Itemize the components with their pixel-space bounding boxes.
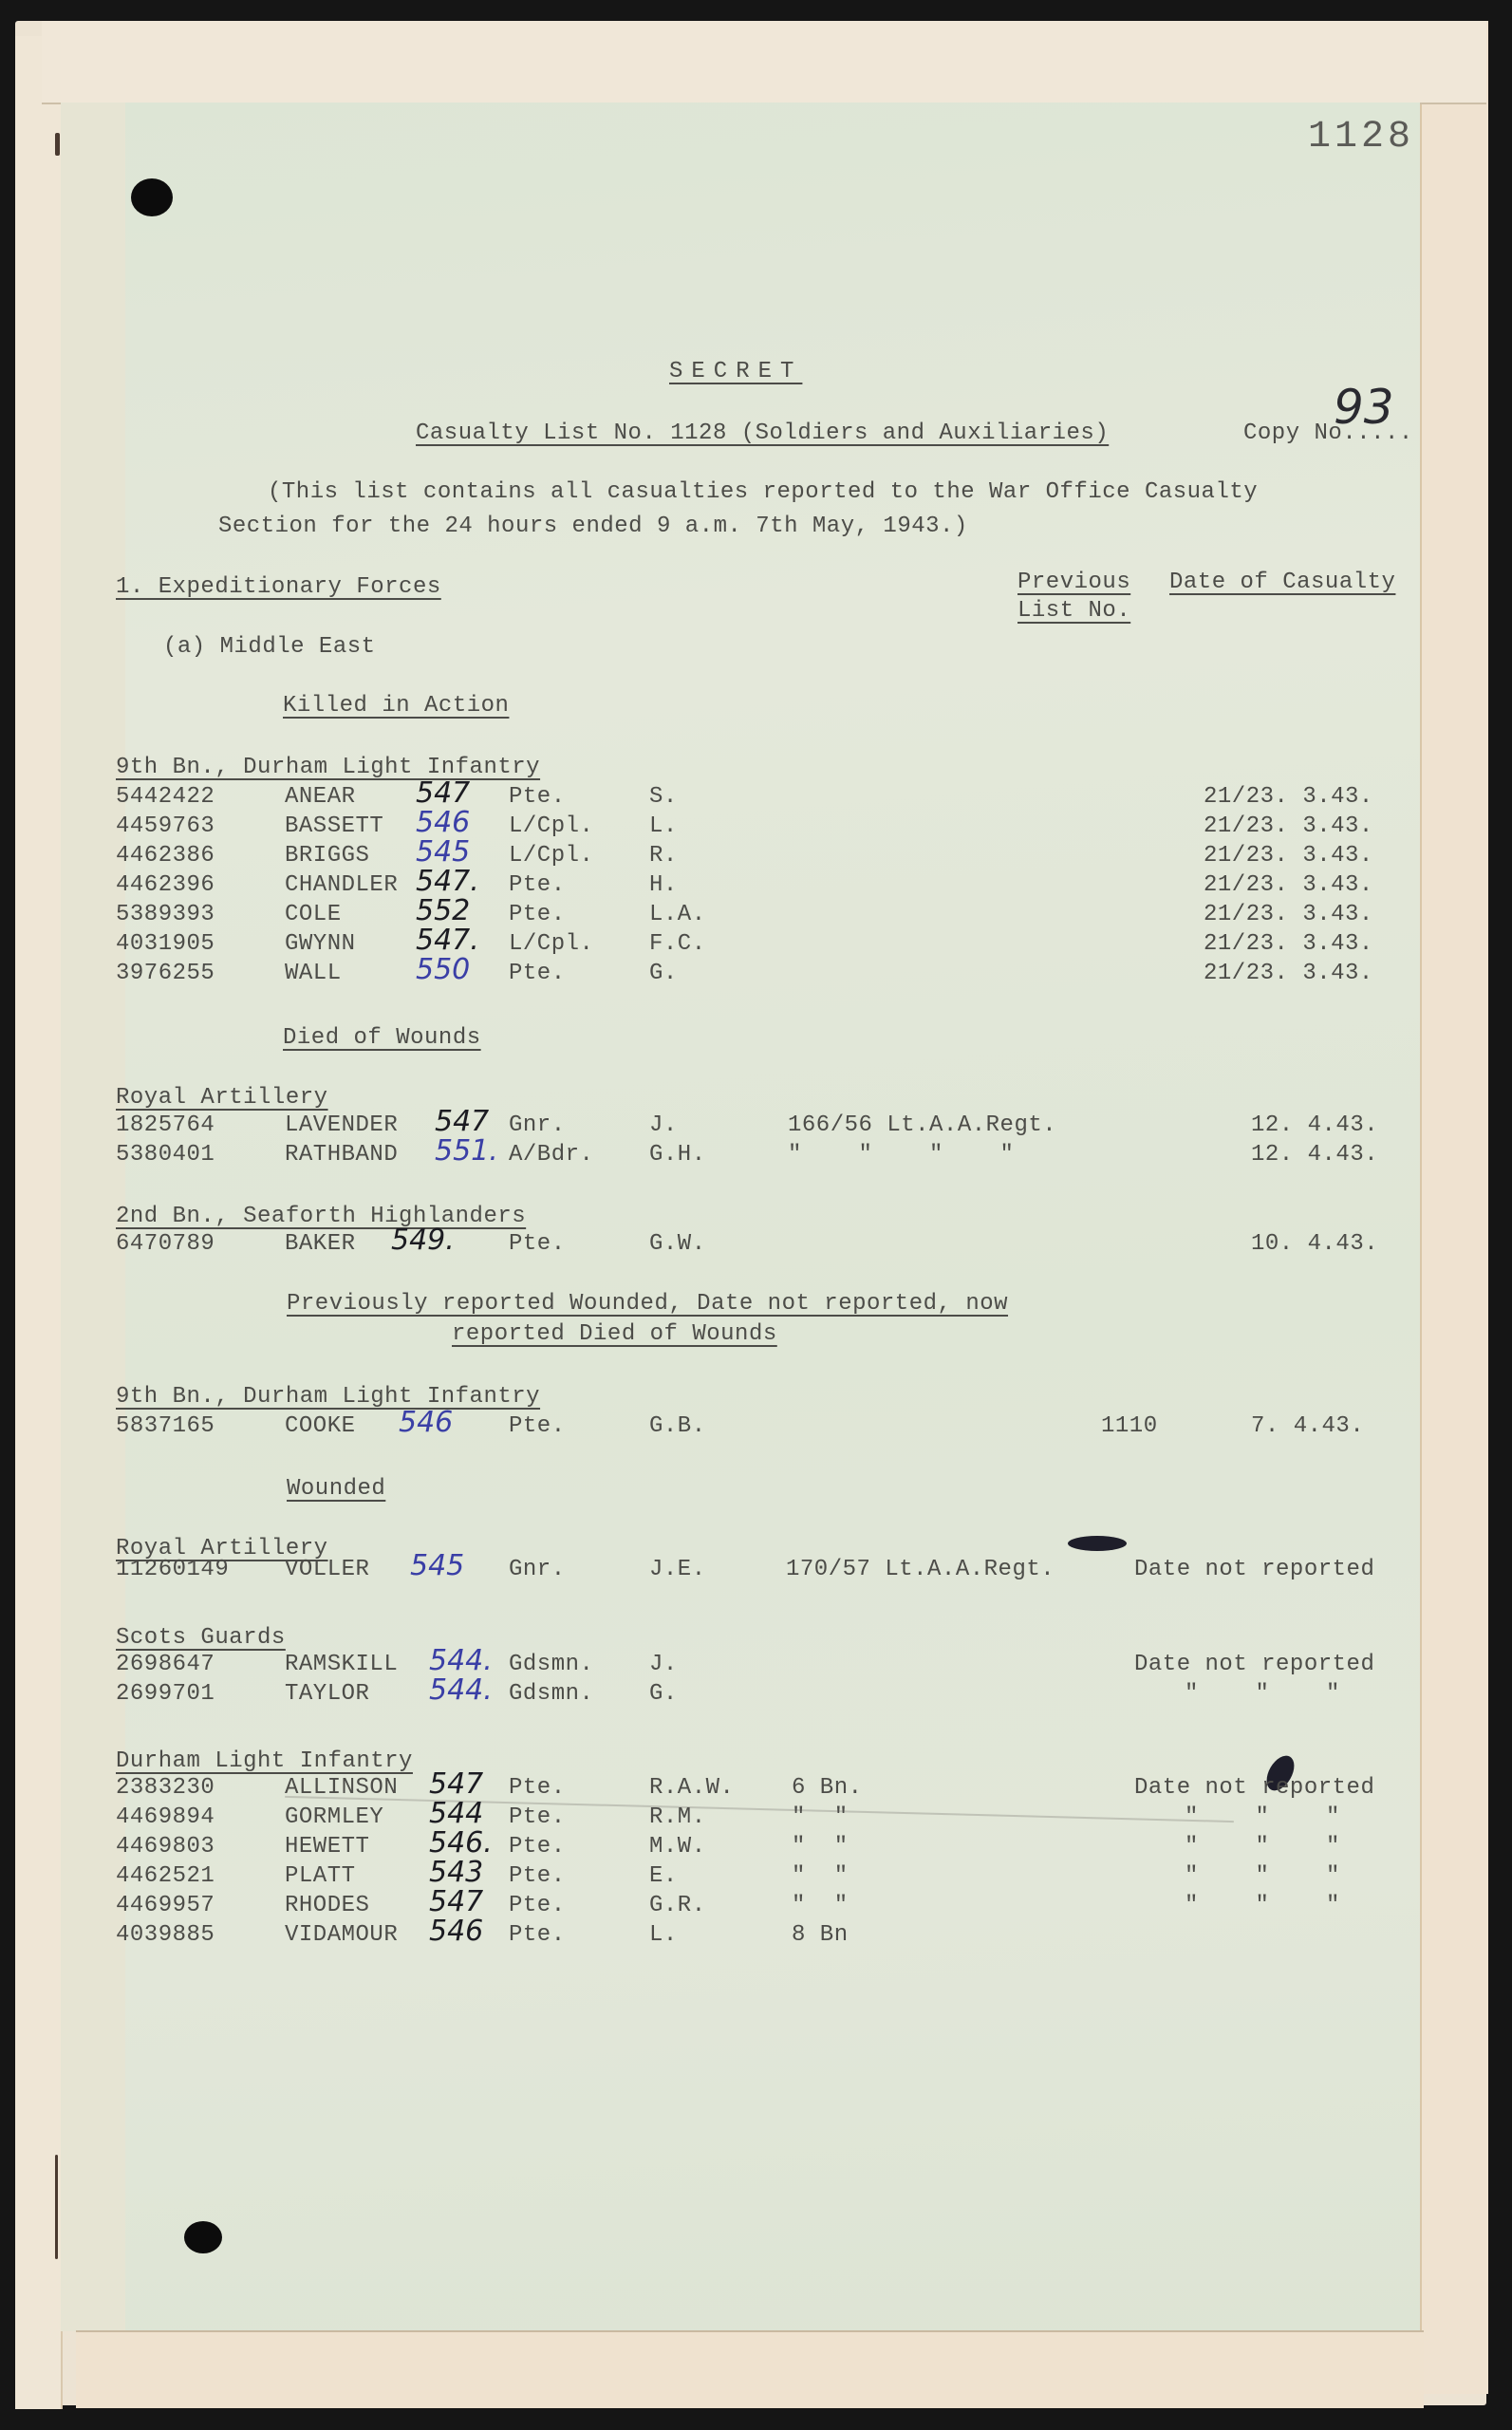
rank: A/Bdr. bbox=[509, 1142, 593, 1168]
rank: Pte. bbox=[509, 1893, 566, 1918]
dow-heading: Died of Wounds bbox=[283, 1025, 481, 1051]
surname: ANEAR bbox=[285, 784, 356, 810]
handwritten-annotation: 546. bbox=[429, 1826, 493, 1860]
handwritten-annotation: 547. bbox=[416, 865, 479, 898]
initials: R.A.W. bbox=[649, 1775, 734, 1801]
service-number: 4039885 bbox=[116, 1922, 215, 1948]
rank: L/Cpl. bbox=[509, 843, 593, 869]
initials: G.B. bbox=[649, 1413, 706, 1439]
service-number: 5380401 bbox=[116, 1142, 215, 1168]
handwritten-annotation: 544. bbox=[429, 1644, 493, 1677]
handwritten-annotation: 545 bbox=[416, 835, 470, 869]
subsection-heading: (a) Middle East bbox=[163, 634, 376, 660]
regiment: " " bbox=[792, 1804, 849, 1830]
regiment: 8 Bn bbox=[792, 1922, 849, 1948]
surname: RAMSKILL bbox=[285, 1652, 398, 1677]
rank: L/Cpl. bbox=[509, 813, 593, 839]
initials: G.H. bbox=[649, 1142, 706, 1168]
initials: M.W. bbox=[649, 1834, 706, 1860]
surname: RHODES bbox=[285, 1893, 369, 1918]
handwritten-annotation: 552 bbox=[416, 894, 470, 927]
regiment: 166/56 Lt.A.A.Regt. bbox=[788, 1112, 1056, 1138]
service-number: 4462521 bbox=[116, 1863, 215, 1889]
initials: R.M. bbox=[649, 1804, 706, 1830]
service-number: 2383230 bbox=[116, 1775, 215, 1801]
service-number: 5837165 bbox=[116, 1413, 215, 1439]
casualty-date: 21/23. 3.43. bbox=[1204, 931, 1373, 957]
casualty-date: " " " bbox=[1185, 1893, 1340, 1918]
handwritten-annotation: 543 bbox=[429, 1856, 483, 1889]
intro-text-line1: (This list contains all casualties repor… bbox=[268, 479, 1258, 505]
initials: F.C. bbox=[649, 931, 706, 957]
regiment: 170/57 Lt.A.A.Regt. bbox=[786, 1557, 1055, 1582]
service-number: 4469894 bbox=[116, 1804, 215, 1830]
casualty-date: 21/23. 3.43. bbox=[1204, 843, 1373, 869]
initials: G.W. bbox=[649, 1231, 706, 1257]
section-heading: 1. Expeditionary Forces bbox=[116, 574, 441, 600]
surname: VOLLER bbox=[285, 1557, 369, 1582]
casualty-date: Date not reported bbox=[1134, 1775, 1374, 1801]
handwritten-annotation: 544 bbox=[429, 1797, 483, 1830]
initials: L. bbox=[649, 813, 678, 839]
surname: GORMLEY bbox=[285, 1804, 383, 1830]
handwritten-annotation: 547 bbox=[429, 1885, 483, 1918]
handwritten-annotation: 547. bbox=[416, 924, 479, 957]
surname: COOKE bbox=[285, 1413, 356, 1439]
rank: Pte. bbox=[509, 784, 566, 810]
ink-blot bbox=[1068, 1536, 1127, 1551]
handwritten-annotation: 547 bbox=[416, 776, 470, 810]
initials: J.E. bbox=[649, 1557, 706, 1582]
regiment: " " bbox=[792, 1863, 849, 1889]
casualty-date: 10. 4.43. bbox=[1251, 1231, 1378, 1257]
casualty-date: 21/23. 3.43. bbox=[1204, 902, 1373, 927]
initials: J. bbox=[649, 1112, 678, 1138]
initials: L. bbox=[649, 1922, 678, 1948]
column-header-date: Date of Casualty bbox=[1169, 570, 1395, 595]
regiment: " " bbox=[792, 1893, 849, 1918]
surname: GWYNN bbox=[285, 931, 356, 957]
rank: Pte. bbox=[509, 872, 566, 898]
rank: L/Cpl. bbox=[509, 931, 593, 957]
surname: PLATT bbox=[285, 1863, 356, 1889]
surname: WALL bbox=[285, 961, 342, 986]
copy-number-handwritten: 93 bbox=[1334, 380, 1394, 435]
rank: Gdsmn. bbox=[509, 1681, 593, 1707]
surname: VIDAMOUR bbox=[285, 1922, 398, 1948]
rank: Pte. bbox=[509, 1804, 566, 1830]
casualty-date: Date not reported bbox=[1134, 1557, 1374, 1582]
rank: Pte. bbox=[509, 1775, 566, 1801]
service-number: 2698647 bbox=[116, 1652, 215, 1677]
handwritten-annotation: 546 bbox=[429, 1915, 483, 1948]
wounded-unit-dli: Durham Light Infantry bbox=[116, 1748, 413, 1774]
top-tape-repair bbox=[42, 21, 1486, 104]
classification-label: SECRET bbox=[669, 359, 802, 384]
casualty-date: 21/23. 3.43. bbox=[1204, 813, 1373, 839]
handwritten-annotation: 546 bbox=[416, 806, 470, 839]
casualty-date: " " " bbox=[1185, 1863, 1340, 1889]
column-header-list-no: List No. bbox=[1017, 598, 1130, 624]
service-number: 5442422 bbox=[116, 784, 215, 810]
prev-reported-heading-line1: Previously reported Wounded, Date not re… bbox=[287, 1291, 1008, 1317]
wounded-unit-scots-guards: Scots Guards bbox=[116, 1625, 286, 1651]
casualty-date: " " " bbox=[1185, 1834, 1340, 1860]
binding-mark bbox=[55, 133, 60, 156]
surname: COLE bbox=[285, 902, 342, 927]
wounded-heading: Wounded bbox=[287, 1476, 385, 1502]
regiment: 6 Bn. bbox=[792, 1775, 863, 1801]
service-number: 11260149 bbox=[116, 1557, 229, 1582]
handwritten-annotation: 550 bbox=[416, 953, 470, 986]
rank: Pte. bbox=[509, 1834, 566, 1860]
handwritten-annotation: 551. bbox=[435, 1134, 498, 1168]
column-header-previous: Previous bbox=[1017, 570, 1130, 595]
service-number: 4469957 bbox=[116, 1893, 215, 1918]
service-number: 4459763 bbox=[116, 813, 215, 839]
initials: H. bbox=[649, 872, 678, 898]
rank: Pte. bbox=[509, 1863, 566, 1889]
punch-hole bbox=[131, 178, 173, 216]
document-title: Casualty List No. 1128 (Soldiers and Aux… bbox=[416, 421, 1109, 446]
service-number: 4462396 bbox=[116, 872, 215, 898]
initials: L.A. bbox=[649, 902, 706, 927]
handwritten-annotation: 544. bbox=[429, 1673, 493, 1707]
initials: S. bbox=[649, 784, 678, 810]
casualty-date: 12. 4.43. bbox=[1251, 1112, 1378, 1138]
previous-list-no: 1110 bbox=[1101, 1413, 1158, 1439]
initials: J. bbox=[649, 1652, 678, 1677]
service-number: 4031905 bbox=[116, 931, 215, 957]
casualty-date: 21/23. 3.43. bbox=[1204, 872, 1373, 898]
regiment: " " bbox=[792, 1834, 849, 1860]
initials: E. bbox=[649, 1863, 678, 1889]
surname: ALLINSON bbox=[285, 1775, 398, 1801]
casualty-date: 7. 4.43. bbox=[1251, 1413, 1364, 1439]
rank: Gnr. bbox=[509, 1557, 566, 1582]
initials: G.R. bbox=[649, 1893, 706, 1918]
service-number: 1825764 bbox=[116, 1112, 215, 1138]
handwritten-annotation: 549. bbox=[391, 1224, 455, 1257]
surname: RATHBAND bbox=[285, 1142, 398, 1168]
service-number: 2699701 bbox=[116, 1681, 215, 1707]
handwritten-annotation: 546 bbox=[399, 1406, 453, 1439]
binding-mark bbox=[55, 2155, 58, 2259]
binding-spine bbox=[15, 36, 63, 2409]
casualty-date: 21/23. 3.43. bbox=[1204, 784, 1373, 810]
kia-heading: Killed in Action bbox=[283, 693, 509, 719]
rank: Pte. bbox=[509, 902, 566, 927]
initials: G. bbox=[649, 1681, 678, 1707]
surname: LAVENDER bbox=[285, 1112, 398, 1138]
casualty-date: 21/23. 3.43. bbox=[1204, 961, 1373, 986]
punch-hole bbox=[184, 2221, 222, 2253]
right-margin-strip bbox=[1420, 21, 1488, 2394]
page-number: 1128 bbox=[1308, 116, 1414, 159]
service-number: 3976255 bbox=[116, 961, 215, 986]
casualty-date: " " " bbox=[1185, 1681, 1340, 1707]
regiment: " " " " bbox=[788, 1142, 1014, 1168]
initials: R. bbox=[649, 843, 678, 869]
casualty-date: " " " bbox=[1185, 1804, 1340, 1830]
bottom-tape-repair bbox=[76, 2330, 1424, 2408]
surname: BAKER bbox=[285, 1231, 356, 1257]
surname: BRIGGS bbox=[285, 843, 369, 869]
service-number: 4469803 bbox=[116, 1834, 215, 1860]
rank: Pte. bbox=[509, 1413, 566, 1439]
surname: HEWETT bbox=[285, 1834, 369, 1860]
rank: Pte. bbox=[509, 961, 566, 986]
handwritten-annotation: 547 bbox=[429, 1767, 483, 1801]
surname: TAYLOR bbox=[285, 1681, 369, 1707]
handwritten-annotation: 545 bbox=[410, 1549, 464, 1582]
dow-unit-ra: Royal Artillery bbox=[116, 1085, 328, 1111]
intro-text-line2: Section for the 24 hours ended 9 a.m. 7t… bbox=[218, 514, 968, 539]
service-number: 5389393 bbox=[116, 902, 215, 927]
casualty-date: 12. 4.43. bbox=[1251, 1142, 1378, 1168]
surname: CHANDLER bbox=[285, 872, 398, 898]
service-number: 4462386 bbox=[116, 843, 215, 869]
rank: Pte. bbox=[509, 1231, 566, 1257]
initials: G. bbox=[649, 961, 678, 986]
rank: Gdsmn. bbox=[509, 1652, 593, 1677]
rank: Gnr. bbox=[509, 1112, 566, 1138]
kia-unit: 9th Bn., Durham Light Infantry bbox=[116, 755, 540, 780]
service-number: 6470789 bbox=[116, 1231, 215, 1257]
prev-reported-heading-line2: reported Died of Wounds bbox=[452, 1321, 777, 1347]
surname: BASSETT bbox=[285, 813, 383, 839]
dow-unit-seaforth: 2nd Bn., Seaforth Highlanders bbox=[116, 1204, 526, 1229]
handwritten-annotation: 547 bbox=[435, 1105, 489, 1138]
prev-reported-unit: 9th Bn., Durham Light Infantry bbox=[116, 1384, 540, 1410]
rank: Pte. bbox=[509, 1922, 566, 1948]
casualty-date: Date not reported bbox=[1134, 1652, 1374, 1677]
